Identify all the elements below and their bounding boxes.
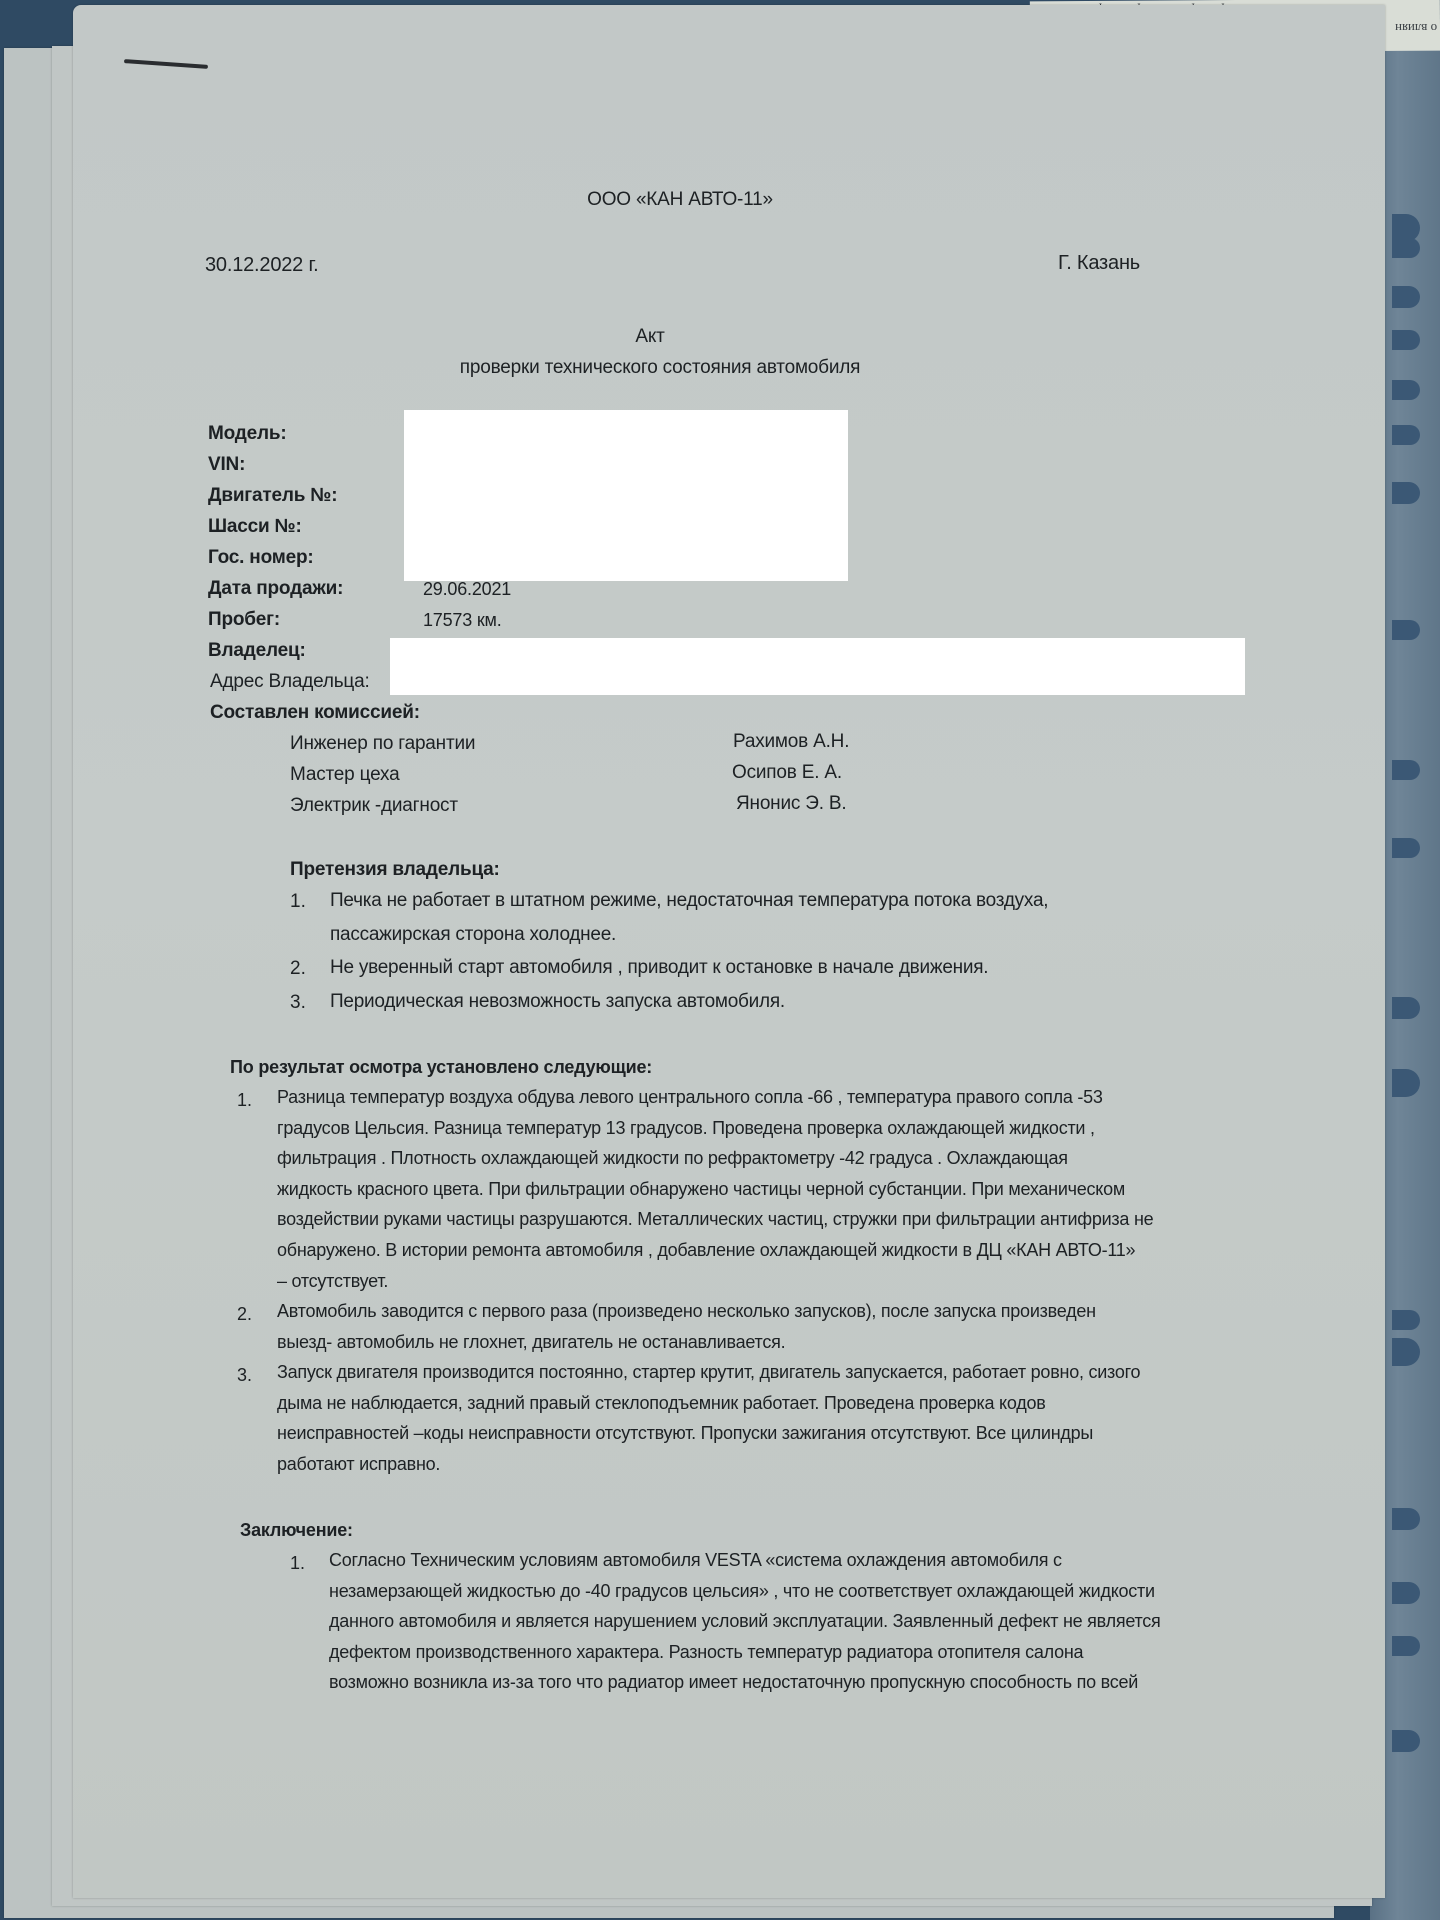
field-label-chassis: Шасси №: xyxy=(208,516,302,538)
punch-hole xyxy=(1392,380,1420,400)
field-label-model: Модель: xyxy=(208,423,287,445)
result-item: Запуск двигателя производится постоянно,… xyxy=(277,1357,1140,1479)
field-label-engine: Двигатель №: xyxy=(208,485,337,507)
field-label-plate: Гос. номер: xyxy=(208,547,314,569)
field-label-mileage: Пробег: xyxy=(208,609,280,631)
conclusion-number: 1. xyxy=(290,1553,305,1574)
commission-role: Инженер по гарантии xyxy=(290,733,475,755)
claim-line: пассажирская сторона холоднее. xyxy=(330,918,1048,952)
document-subtitle: проверки технического состояния автомоби… xyxy=(380,357,940,379)
document-title: Акт xyxy=(430,326,870,348)
result-line: воздействии руками частицы разрушаются. … xyxy=(277,1204,1153,1235)
document-city: Г. Казань xyxy=(1058,252,1140,275)
conclusion-line: Согласно Техническим условиям автомобиля… xyxy=(329,1545,1161,1576)
claim-number: 1. xyxy=(290,891,306,913)
result-item: Разница температур воздуха обдува левого… xyxy=(277,1082,1153,1296)
punch-hole xyxy=(1392,838,1420,858)
result-line: жидкость красного цвета. При фильтрации … xyxy=(277,1174,1153,1205)
punch-hole xyxy=(1392,330,1420,350)
punch-hole xyxy=(1392,1310,1420,1330)
field-label-owner-address: Адрес Владельца: xyxy=(210,671,370,693)
punch-hole xyxy=(1392,1582,1420,1604)
punch-hole xyxy=(1392,760,1420,780)
field-label-sale-date: Дата продажи: xyxy=(208,578,343,600)
punch-hole xyxy=(1392,238,1420,258)
punch-hole xyxy=(1392,620,1420,640)
result-line: Запуск двигателя производится постоянно,… xyxy=(277,1357,1140,1388)
punch-hole xyxy=(1392,286,1420,308)
redaction-box-vehicle-ids xyxy=(404,410,848,581)
conclusion-line: возможно возникла из-за того что радиато… xyxy=(329,1667,1161,1698)
result-line: выезд- автомобиль не глохнет, двигатель … xyxy=(277,1327,1096,1358)
punch-hole xyxy=(1392,425,1420,445)
field-label-owner: Владелец: xyxy=(208,640,306,662)
conclusion-line: дефектом производственного характера. Ра… xyxy=(329,1637,1161,1668)
commission-role: Мастер цеха xyxy=(290,764,399,786)
claims-heading: Претензия владельца: xyxy=(290,859,500,881)
result-number: 3. xyxy=(237,1365,252,1386)
result-item: Автомобиль заводится с первого раза (про… xyxy=(277,1296,1096,1357)
punch-hole xyxy=(1392,1636,1420,1656)
claim-line: Не уверенный старт автомобиля , приводит… xyxy=(330,951,988,985)
result-line: фильтрация . Плотность охлаждающей жидко… xyxy=(277,1143,1153,1174)
commission-heading: Составлен комиссией: xyxy=(210,702,420,724)
punch-hole xyxy=(1392,997,1420,1019)
result-line: обнаружено. В истории ремонта автомобиля… xyxy=(277,1235,1153,1266)
claim-item: Не уверенный старт автомобиля , приводит… xyxy=(330,951,988,985)
conclusion-line: незамерзающей жидкостью до -40 градусов … xyxy=(329,1576,1161,1607)
organization-name: ООО «КАН АВТО-11» xyxy=(480,189,880,211)
punch-hole xyxy=(1392,1730,1420,1752)
result-number: 2. xyxy=(237,1304,252,1325)
result-line: Разница температур воздуха обдува левого… xyxy=(277,1082,1153,1113)
punch-hole xyxy=(1392,1508,1420,1530)
result-line: дыма не наблюдается, задний правый стекл… xyxy=(277,1388,1140,1419)
punch-hole xyxy=(1392,1069,1420,1097)
result-line: – отсутствует. xyxy=(277,1266,1153,1297)
result-line: неисправностей –коды неисправности отсут… xyxy=(277,1418,1140,1449)
conclusion-heading: Заключение: xyxy=(240,1520,353,1541)
result-line: работают исправно. xyxy=(277,1449,1140,1480)
punch-hole xyxy=(1392,1338,1420,1366)
commission-name: Рахимов А.Н. xyxy=(733,731,849,753)
commission-role: Электрик -диагност xyxy=(290,795,458,817)
redaction-box-owner xyxy=(390,638,1245,695)
commission-name: Осипов Е. А. xyxy=(732,762,842,784)
claim-number: 2. xyxy=(290,958,306,980)
claim-line: Печка не работает в штатном режиме, недо… xyxy=(330,884,1048,918)
claim-line: Периодическая невозможность запуска авто… xyxy=(330,985,785,1019)
field-label-vin: VIN: xyxy=(208,454,245,476)
conclusion-item: Согласно Техническим условиям автомобиля… xyxy=(329,1545,1161,1698)
claim-item: Периодическая невозможность запуска авто… xyxy=(330,985,785,1019)
result-line: градусов Цельсия. Разница температур 13 … xyxy=(277,1113,1153,1144)
results-heading: По результат осмотра установлено следующ… xyxy=(230,1057,652,1078)
punch-hole xyxy=(1392,482,1420,504)
commission-name: Янонис Э. В. xyxy=(736,793,846,815)
document-date: 30.12.2022 г. xyxy=(205,254,318,277)
field-value-sale-date: 29.06.2021 xyxy=(423,579,511,600)
result-line: Автомобиль заводится с первого раза (про… xyxy=(277,1296,1096,1327)
result-number: 1. xyxy=(237,1090,252,1111)
claim-item: Печка не работает в штатном режиме, недо… xyxy=(330,884,1048,952)
underlying-sheet-text: о влиян xyxy=(1395,20,1437,36)
claim-number: 3. xyxy=(290,992,306,1014)
conclusion-line: данного автомобиля и является нарушением… xyxy=(329,1606,1161,1637)
field-value-mileage: 17573 км. xyxy=(423,610,502,631)
